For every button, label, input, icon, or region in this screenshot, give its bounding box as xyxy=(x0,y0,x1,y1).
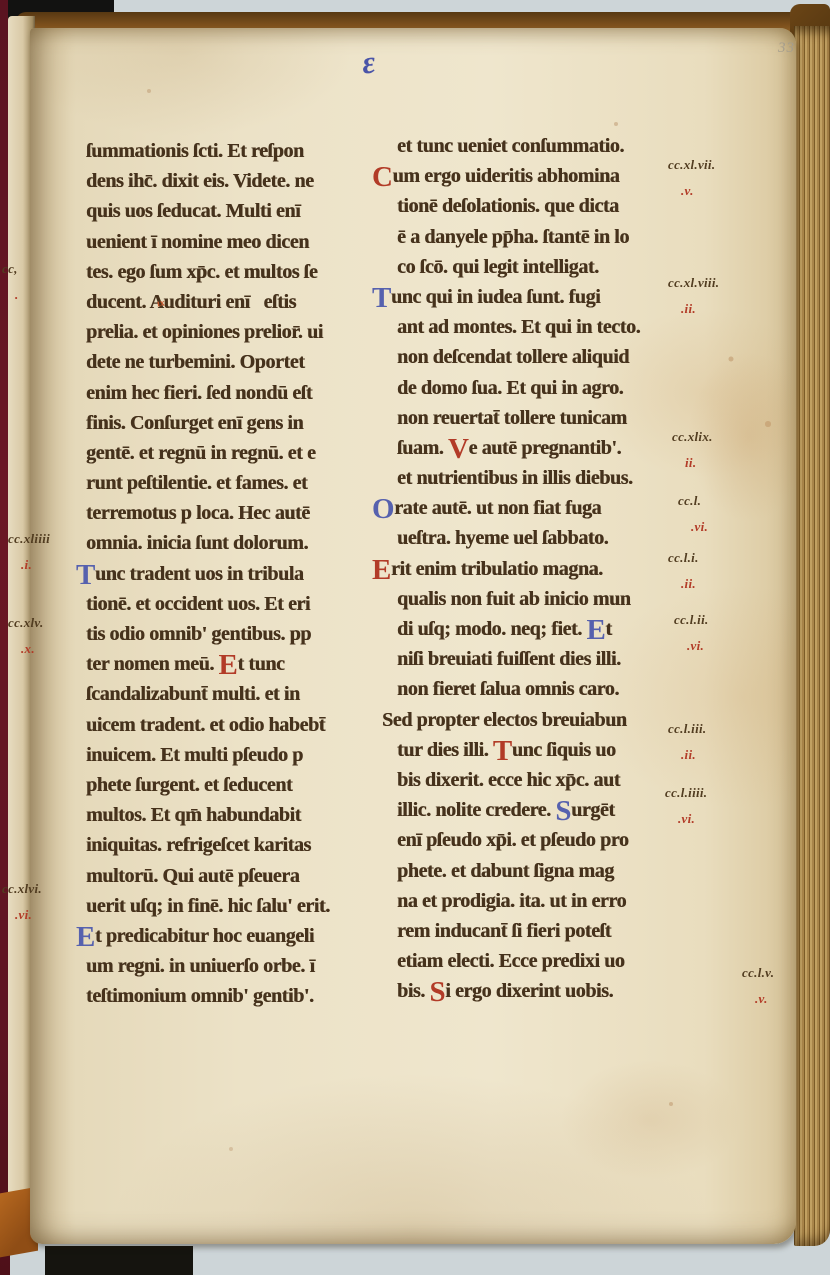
text-line: ueſtra. hyeme uel ſabbato. xyxy=(382,523,640,553)
text-segment: phete ſurgent. et ſeducent xyxy=(86,774,292,796)
text-line: prelia. et opiniones prelior̄. ui xyxy=(86,317,330,347)
text-segment: tionē deſolationis. que dicta xyxy=(397,195,619,217)
text-line: bis. Si ergo dixerint uobis. xyxy=(382,976,640,1006)
text-line: uerit uſq; in finē. hic ſalu' erit. xyxy=(86,891,330,921)
margin-annotation: cc.xlix.ii. xyxy=(672,430,713,469)
text-line: gentē. et regnū in regnū. et e xyxy=(86,438,330,468)
text-line: Cum ergo uideritis abhomina xyxy=(382,161,640,191)
eusebian-chapter-number: cc.l.iii. xyxy=(668,722,706,735)
rubric-initial-blue: E xyxy=(586,614,605,646)
canon-table-number: .ii. xyxy=(681,577,699,590)
canon-table-number: .i. xyxy=(21,558,50,571)
eusebian-chapter-number: cc.l.iiii. xyxy=(665,786,707,799)
folio-number: 33 xyxy=(778,40,795,57)
text-line: tionē. et occident uos. Et eri xyxy=(86,589,330,619)
margin-annotation: cc.xliiii.i. xyxy=(8,532,50,571)
text-segment: tis odio omnib' gentibus. pp xyxy=(86,623,311,645)
margin-annotation: cc.l.i..ii. xyxy=(668,551,699,590)
text-line: et tunc ueniet conſummatio. xyxy=(382,131,640,161)
canon-table-number: .v. xyxy=(681,184,715,197)
text-line: um regni. in uniuerſo orbe. ī xyxy=(86,951,330,981)
text-segment: um ergo uideritis abhomina xyxy=(393,165,620,187)
canon-table-number: .x. xyxy=(21,642,44,655)
text-segment: illic. nolite credere. xyxy=(397,799,555,821)
text-segment: unc tradent uos in tribula xyxy=(95,563,304,585)
text-segment: dens ihc̄. dixit eis. Videte. ne xyxy=(86,170,314,192)
text-segment: t predicabitur hoc euangeli xyxy=(95,925,314,947)
text-line: ſummationis ſcti. Et reſpon xyxy=(86,136,330,166)
text-line: Orate autē. ut non fiat fuga xyxy=(382,493,640,523)
text-segment: et tunc ueniet conſummatio. xyxy=(397,135,624,157)
eusebian-chapter-number: cc.xl.viii. xyxy=(668,276,719,289)
manuscript-photo: ε 33 ſummationis ſcti. Et reſpondens ihc… xyxy=(0,0,830,1275)
rubric-initial-blue: O xyxy=(372,493,394,525)
text-line: Et predicabitur hoc euangeli xyxy=(86,921,330,951)
text-line: uenient ī nomine meo dicen xyxy=(86,227,330,257)
text-segment: unc ſiquis uo xyxy=(512,739,616,761)
eusebian-chapter-number: cc.xlix. xyxy=(672,430,713,443)
text-line: multorū. Qui autē pſeuera xyxy=(86,861,330,891)
text-segment: dete ne turbemini. Oportet xyxy=(86,351,304,373)
text-segment: etiam electi. Ecce predixi uo xyxy=(397,950,624,972)
text-line: dens ihc̄. dixit eis. Videte. ne xyxy=(86,166,330,196)
parchment-specks xyxy=(30,28,32,30)
text-line: non deſcendat tollere aliquid xyxy=(382,342,640,372)
text-column-left: ſummationis ſcti. Et reſpondens ihc̄. di… xyxy=(86,136,330,1011)
text-line: illic. nolite credere. Surgēt xyxy=(382,795,640,825)
canon-table-number: .v. xyxy=(755,992,774,1005)
margin-annotation: cc.xlv..x. xyxy=(8,616,44,655)
text-segment: uerit uſq; in finē. hic ſalu' erit. xyxy=(86,895,330,917)
text-segment: co ſcō. qui legit intelligat. xyxy=(397,256,599,278)
text-line: niſi breuiati fuiſſent dies illi. xyxy=(382,644,640,674)
text-segment: um regni. in uniuerſo orbe. ī xyxy=(86,955,315,977)
text-line: tionē deſolationis. que dicta xyxy=(382,191,640,221)
text-segment: multorū. Qui autē pſeuera xyxy=(86,865,299,887)
rubric-initial-blue: T xyxy=(76,559,95,591)
rubric-initial-blue: T xyxy=(372,282,391,314)
text-line: enī pſeudo xp̄i. et pſeudo pro xyxy=(382,825,640,855)
text-segment: bis. xyxy=(397,980,429,1002)
text-segment: t xyxy=(605,618,611,640)
rubric-initial-red: T xyxy=(493,735,512,767)
text-segment: ant ad montes. Et qui in tecto. xyxy=(397,316,640,338)
text-line: co ſcō. qui legit intelligat. xyxy=(382,252,640,282)
text-segment: prelia. et opiniones prelior̄. ui xyxy=(86,321,323,343)
text-line: non fieret ſalua omnis caro. xyxy=(382,674,640,704)
text-segment: gentē. et regnū in regnū. et e xyxy=(86,442,315,464)
canon-table-number: .vi. xyxy=(687,639,709,652)
canon-table-number: .ii. xyxy=(681,302,719,315)
text-line: bis dixerit. ecce hic xp̄c. aut xyxy=(382,765,640,795)
text-segment: de domo ſua. Et qui in agro. xyxy=(397,377,623,399)
text-line: Sed propter electos breuiabun xyxy=(382,705,640,735)
text-line: Tunc qui in iudea ſunt. fugi xyxy=(382,282,640,312)
rubric-initial-red: C xyxy=(372,161,393,193)
canon-table-number: .vi. xyxy=(15,908,42,921)
text-segment: non reuertat̄ tollere tunicam xyxy=(397,407,627,429)
eusebian-chapter-number: cc.l.v. xyxy=(742,966,774,979)
margin-annotation: cc.l.ii..vi. xyxy=(674,613,709,652)
text-segment: di uſq; modo. neq; fiet. xyxy=(397,618,586,640)
text-line: tes. ego ſum xp̄c. et multos ſe xyxy=(86,257,330,287)
eusebian-chapter-number: cc.l.ii. xyxy=(674,613,709,626)
text-line: Erit enim tribulatio magna. xyxy=(382,554,640,584)
text-segment: quis uos ſeducat. Multi enī xyxy=(86,200,300,222)
margin-annotation: cc.l.iiii..vi. xyxy=(665,786,707,825)
text-segment: ſummationis ſcti. Et reſpon xyxy=(86,140,304,162)
rubric-initial-red: E xyxy=(372,554,391,586)
text-line: phete ſurgent. et ſeducent xyxy=(86,770,330,800)
rubric-initial-red: E xyxy=(219,649,238,681)
text-line: tur dies illi. Tunc ſiquis uo xyxy=(382,735,640,765)
text-segment: ſcandalizabunt̄ multi. et in xyxy=(86,683,300,705)
eusebian-chapter-number: cc, xyxy=(2,262,19,275)
interlinear-correction-mark: ıx xyxy=(156,298,165,310)
text-segment: t tunc xyxy=(237,653,284,675)
text-line: ducent. Audituri enī eſtis xyxy=(86,287,330,317)
text-segment: uenient ī nomine meo dicen xyxy=(86,231,309,253)
text-line: rem inducant̄ ſi fieri poteſt xyxy=(382,916,640,946)
text-segment: non fieret ſalua omnis caro. xyxy=(397,678,619,700)
text-segment: niſi breuiati fuiſſent dies illi. xyxy=(397,648,621,670)
margin-annotation: cc.xl.viii..ii. xyxy=(668,276,719,315)
parchment-stain xyxy=(560,1060,740,1180)
text-segment: tes. ego ſum xp̄c. et multos ſe xyxy=(86,261,317,283)
text-line: et nutrientibus in illis diebus. xyxy=(382,463,640,493)
text-line: runt peſtilentie. et fames. et xyxy=(86,468,330,498)
text-segment: runt peſtilentie. et fames. et xyxy=(86,472,307,494)
text-line: inuicem. Et multi pſeudo p xyxy=(86,740,330,770)
text-line: di uſq; modo. neq; fiet. Et xyxy=(382,614,640,644)
canon-table-number: .vi. xyxy=(691,520,708,533)
text-line: non reuertat̄ tollere tunicam xyxy=(382,403,640,433)
text-segment: iniquitas. refrigeſcet karitas xyxy=(86,834,311,856)
photo-background-bottom xyxy=(45,1246,193,1275)
text-segment: unc qui in iudea ſunt. fugi xyxy=(391,286,600,308)
text-segment: terremotus p loca. Hec autē xyxy=(86,502,310,524)
eusebian-chapter-number: cc.xl.vii. xyxy=(668,158,715,171)
eusebian-chapter-number: cc.xlv. xyxy=(8,616,44,629)
margin-annotation: cc.xlvi..vi. xyxy=(2,882,42,921)
margin-annotation: cc.l..vi. xyxy=(678,494,708,533)
text-line: etiam electi. Ecce predixi uo xyxy=(382,946,640,976)
rubric-initial-red: V xyxy=(448,433,469,465)
text-segment: Sed propter electos breuiabun xyxy=(382,709,627,731)
text-segment: i ergo dixerint uobis. xyxy=(445,980,613,1002)
text-line: ſuam. Ve autē pregnantib'. xyxy=(382,433,640,463)
eusebian-chapter-number: cc.l. xyxy=(678,494,708,507)
text-segment: et nutrientibus in illis diebus. xyxy=(397,467,633,489)
text-segment: finis. Conſurget enī gens in xyxy=(86,412,303,434)
text-segment: e autē pregnantib'. xyxy=(469,437,622,459)
text-line: ē a danyele pp̄ha. ſtantē in lo xyxy=(382,222,640,252)
canon-table-number: . xyxy=(15,288,19,301)
text-segment: enī pſeudo xp̄i. et pſeudo pro xyxy=(397,829,628,851)
text-segment: tionē. et occident uos. Et eri xyxy=(86,593,310,615)
text-line: tis odio omnib' gentibus. pp xyxy=(86,619,330,649)
text-segment: rem inducant̄ ſi fieri poteſt xyxy=(397,920,611,942)
text-segment: ter nomen meū. xyxy=(86,653,219,675)
text-segment: rate autē. ut non fiat fuga xyxy=(394,497,601,519)
text-segment: qualis non fuit ab inicio mun xyxy=(397,588,631,610)
text-segment: rit enim tribulatio magna. xyxy=(391,558,603,580)
text-segment: tur dies illi. xyxy=(397,739,493,761)
text-segment: ducent. Audituri enī eſtis xyxy=(86,291,296,313)
text-segment: ſuam. xyxy=(397,437,448,459)
text-segment: non deſcendat tollere aliquid xyxy=(397,346,629,368)
text-line: uicem tradent. et odio habebt̄ xyxy=(86,710,330,740)
text-segment: teſtimonium omnib' gentib'. xyxy=(86,985,314,1007)
text-segment: urgēt xyxy=(571,799,615,821)
text-segment: phete. et dabunt ſigna mag xyxy=(397,860,614,882)
rubric-initial-blue: E xyxy=(76,921,95,953)
eusebian-chapter-number: cc.xlvi. xyxy=(2,882,42,895)
text-segment: ueſtra. hyeme uel ſabbato. xyxy=(397,527,608,549)
text-segment: ē a danyele pp̄ha. ſtantē in lo xyxy=(397,226,629,248)
margin-annotation: cc.l.v..v. xyxy=(742,966,774,1005)
text-segment: na et prodigia. ita. ut in erro xyxy=(397,890,626,912)
text-segment: enim hec fieri. ſed nondū eſt xyxy=(86,382,312,404)
text-line: ant ad montes. Et qui in tecto. xyxy=(382,312,640,342)
text-segment: omnia. inicia ſunt dolorum. xyxy=(86,532,308,554)
text-line: ter nomen meū. Et tunc xyxy=(86,649,330,679)
text-line: omnia. inicia ſunt dolorum. xyxy=(86,528,330,558)
text-segment: inuicem. Et multi pſeudo p xyxy=(86,744,303,766)
text-segment: multos. Et qm̄ habundabit xyxy=(86,804,301,826)
eusebian-chapter-number: cc.l.i. xyxy=(668,551,699,564)
text-segment: uicem tradent. et odio habebt̄ xyxy=(86,714,325,736)
text-line: de domo ſua. Et qui in agro. xyxy=(382,373,640,403)
text-line: ſcandalizabunt̄ multi. et in xyxy=(86,679,330,709)
text-line: multos. Et qm̄ habundabit xyxy=(86,800,330,830)
text-line: quis uos ſeducat. Multi enī xyxy=(86,196,330,226)
text-line: qualis non fuit ab inicio mun xyxy=(382,584,640,614)
margin-annotation: cc.l.iii..ii. xyxy=(668,722,706,761)
margin-annotation: cc,. xyxy=(2,262,19,301)
rubric-initial-red: S xyxy=(429,976,445,1008)
text-line: Tunc tradent uos in tribula xyxy=(86,559,330,589)
margin-annotation: cc.xl.vii..v. xyxy=(668,158,715,197)
rubric-initial-blue: S xyxy=(555,795,571,827)
text-line: phete. et dabunt ſigna mag xyxy=(382,856,640,886)
canon-table-number: .ii. xyxy=(681,748,706,761)
text-line: na et prodigia. ita. ut in erro xyxy=(382,886,640,916)
eusebian-chapter-number: cc.xliiii xyxy=(8,532,50,545)
text-line: terremotus p loca. Hec autē xyxy=(86,498,330,528)
canon-table-number: ii. xyxy=(685,456,713,469)
text-segment: bis dixerit. ecce hic xp̄c. aut xyxy=(397,769,620,791)
book-fore-edge xyxy=(794,26,830,1246)
text-line: finis. Conſurget enī gens in xyxy=(86,408,330,438)
canon-table-number: .vi. xyxy=(678,812,707,825)
text-line: dete ne turbemini. Oportet xyxy=(86,347,330,377)
text-line: iniquitas. refrigeſcet karitas xyxy=(86,830,330,860)
text-column-right: et tunc ueniet conſummatio.Cum ergo uide… xyxy=(382,131,640,1006)
text-line: enim hec fieri. ſed nondū eſt xyxy=(86,378,330,408)
text-line: teſtimonium omnib' gentib'. xyxy=(86,981,330,1011)
